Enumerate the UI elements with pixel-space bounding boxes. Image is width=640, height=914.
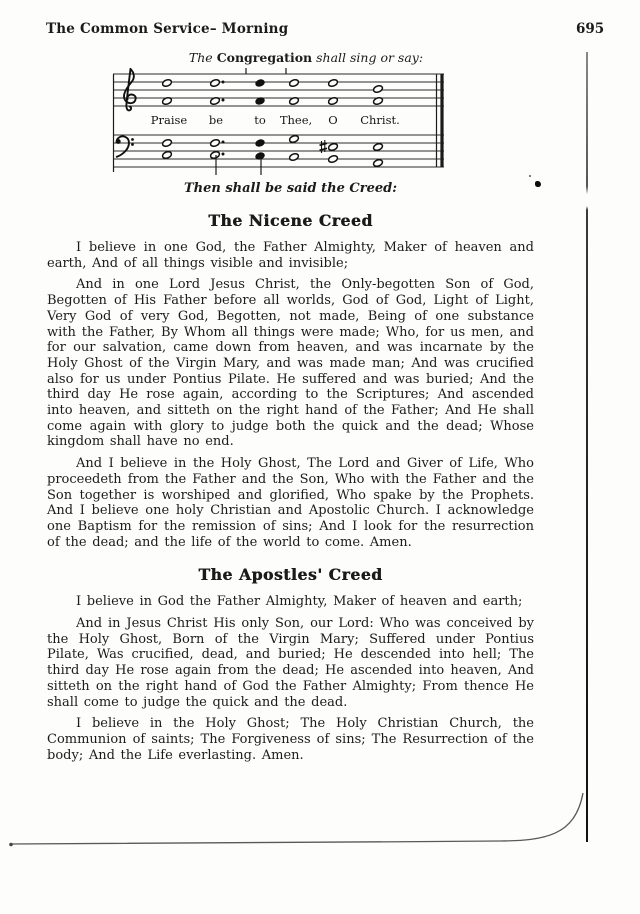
rubric-post: shall sing or say: xyxy=(312,50,423,65)
ink-dot-artifact xyxy=(535,181,541,187)
nicene-paragraph-3: And I believe in the Holy Ghost, The Lor… xyxy=(47,456,534,550)
page-header-title: The Common Service– Morning xyxy=(46,21,288,37)
apostles-creed-heading: The Apostles' Creed xyxy=(47,565,534,584)
apostles-paragraph-3: I believe in the Holy Ghost; The Holy Ch… xyxy=(47,716,534,763)
musical-score: Praise be to Thee, O Christ. xyxy=(112,68,450,178)
nicene-creed-heading: The Nicene Creed xyxy=(47,211,534,230)
apostles-paragraph-1: I believe in God the Father Almighty, Ma… xyxy=(47,594,534,610)
lyric-word: Thee, xyxy=(280,113,312,127)
ink-speck-artifact xyxy=(529,175,531,177)
bass-clef-icon xyxy=(116,136,134,156)
nicene-paragraph-1: I believe in one God, the Father Almight… xyxy=(47,240,534,271)
hymn-lyrics: Praise be to Thee, O Christ. xyxy=(151,113,400,127)
lyric-word: Praise xyxy=(151,113,188,127)
apostles-paragraph-2: And in Jesus Christ His only Son, our Lo… xyxy=(47,616,534,710)
page-curl-line xyxy=(0,788,600,858)
nicene-paragraph-2: And in one Lord Jesus Christ, the Only-b… xyxy=(47,277,534,450)
rubric-pre: The xyxy=(189,50,217,65)
creed-text-block: Then shall be said the Creed: The Nicene… xyxy=(47,181,534,763)
lyric-word: to xyxy=(254,113,266,127)
lyric-word: be xyxy=(209,113,223,127)
page-number: 695 xyxy=(576,21,604,37)
rubric-congregation: Congregation xyxy=(217,50,312,65)
creed-rubric: Then shall be said the Creed: xyxy=(47,181,534,196)
lyric-word: O xyxy=(328,113,337,127)
congregation-rubric: The Congregation shall sing or say: xyxy=(47,50,565,65)
lyric-word: Christ. xyxy=(360,113,400,127)
page-edge-line xyxy=(586,52,588,842)
final-double-barline xyxy=(437,74,443,167)
bass-staff xyxy=(113,135,444,167)
